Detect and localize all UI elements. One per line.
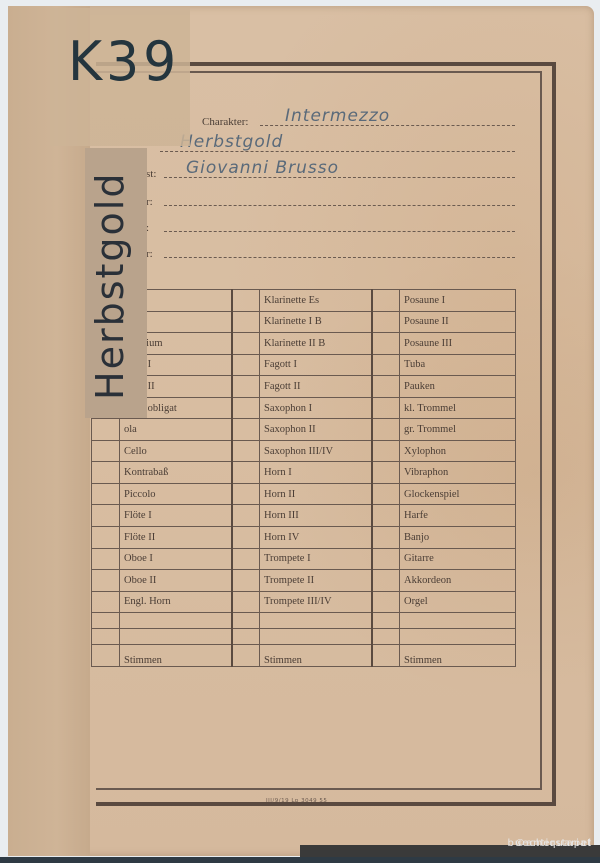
checkbox-cell [372,311,400,333]
handwritten-title: Herbstgold [180,132,283,152]
instrument-label: Kontrabaß [120,462,232,484]
spine-title: Herbstgold [88,140,144,400]
instrument-label: Gitarre [400,548,516,570]
field-blank-3: r: [120,238,515,262]
table-row: PiccoloHorn IIGlockenspiel [92,483,516,505]
instrument-label: Horn I [260,462,372,484]
table-row: CelloSaxophon III/IVXylophon [92,440,516,462]
checkbox-cell [232,527,260,549]
blank-cell [92,628,120,644]
checkbox-cell [92,527,120,549]
checkbox-cell [372,419,400,441]
blank-cell [260,613,372,629]
checkbox-cell [372,570,400,592]
checkbox-cell [232,354,260,376]
stimmen-label: Stimmen [120,644,232,666]
instrument-label: Flöte II [120,527,232,549]
instrument-label: Saxophon III/IV [260,440,372,462]
instrument-label: Akkordeon [400,570,516,592]
checkbox-cell [372,591,400,613]
checkbox-cell [372,397,400,419]
table-row: KontrabaßHorn IVibraphon [92,462,516,484]
checkbox-cell [232,333,260,355]
checkbox-cell [372,527,400,549]
checkbox-cell [372,462,400,484]
instrument-label: Pauken [400,376,516,398]
checkbox-cell [92,591,120,613]
field-blank-1: r: [120,186,515,210]
instrument-label: Oboe I [120,548,232,570]
table-row: oline obligatSaxophon Ikl. Trommel [92,397,516,419]
blank-cell [92,613,120,629]
checkbox-cell [232,419,260,441]
checkbox-cell [372,376,400,398]
checkbox-cell [92,570,120,592]
blank-cell [400,613,516,629]
catalog-number: K39 [68,31,180,94]
table-row: Flöte IIHorn IVBanjo [92,527,516,549]
instrument-label: Oboe II [120,570,232,592]
blank-cell [372,628,400,644]
table-row: oline IFagott ITuba [92,354,516,376]
instrument-label: Klarinette I B [260,311,372,333]
instrument-label: Vibraphon [400,462,516,484]
instrument-label: Fagott II [260,376,372,398]
instrument-label: Glockenspiel [400,483,516,505]
checkbox-cell [372,644,400,666]
checkbox-cell [372,483,400,505]
blank-cell [120,628,232,644]
stimmen-label: Stimmen [400,644,516,666]
checkbox-cell [92,440,120,462]
instrument-label: Saxophon II [260,419,372,441]
instrument-label: Posaune I [400,290,516,312]
instrument-label: Flöte I [120,505,232,527]
checkbox-cell [372,354,400,376]
table-row: olaSaxophon IIgr. Trommel [92,419,516,441]
table-row: Engl. HornTrompete III/IVOrgel [92,591,516,613]
instrument-label: kl. Trommel [400,397,516,419]
blank-cell [232,628,260,644]
handwritten-composer: Giovanni Brusso [186,158,339,178]
checkbox-cell [232,397,260,419]
table-row: Oboe ITrompete IGitarre [92,548,516,570]
instrument-label: Orgel [400,591,516,613]
checkbox-cell [372,333,400,355]
checkbox-cell [372,505,400,527]
instrument-label: Trompete II [260,570,372,592]
checkbox-cell [92,483,120,505]
checkbox-cell [372,290,400,312]
instrument-label: Klarinette Es [260,290,372,312]
table-row: Oboe IITrompete IIAkkordeon [92,570,516,592]
blank-cell [400,628,516,644]
instrument-label: Saxophon I [260,397,372,419]
instrument-label: Posaune II [400,311,516,333]
checkbox-cell [232,644,260,666]
checkbox-cell [232,462,260,484]
checkbox-cell [372,548,400,570]
checkbox-cell [232,591,260,613]
checkbox-cell [92,505,120,527]
checkbox-cell [92,644,120,666]
instrument-label: Piccolo [120,483,232,505]
checkbox-cell [232,290,260,312]
table-row: rmoniumKlarinette II BPosaune III [92,333,516,355]
instrument-label: Trompete I [260,548,372,570]
table-row: rtiturKlarinette EsPosaune I [92,290,516,312]
instrument-label: gr. Trommel [400,419,516,441]
blank-cell [372,613,400,629]
table-row: ianoKlarinette I BPosaune II [92,311,516,333]
checkbox-cell [232,570,260,592]
checkbox-cell [232,376,260,398]
instrument-label: Posaune III [400,333,516,355]
checkbox-cell [232,483,260,505]
field-blank-2: : [120,212,515,236]
instrument-label: Horn IV [260,527,372,549]
checkbox-cell [92,419,120,441]
checkbox-cell [232,311,260,333]
footer-row: StimmenStimmenStimmen [92,644,516,666]
field-label: Charakter: [202,116,248,128]
instrument-label: Tuba [400,354,516,376]
blank-cell [120,613,232,629]
instrument-label: Klarinette II B [260,333,372,355]
instrument-label: Horn III [260,505,372,527]
field-komponist: st: Giovanni Brusso [120,158,515,182]
instrument-label: Banjo [400,527,516,549]
instrument-label: ola [120,419,232,441]
instrument-label: Fagott I [260,354,372,376]
checkbox-cell [92,548,120,570]
instrument-parts-table: rtiturKlarinette EsPosaune IianoKlarinet… [91,289,516,667]
handwritten-character: Intermezzo [285,106,390,126]
instrument-label: Cello [120,440,232,462]
checkbox-cell [232,505,260,527]
blank-cell [260,628,372,644]
instrument-label: Engl. Horn [120,591,232,613]
instrument-label: Harfe [400,505,516,527]
checkbox-cell [92,462,120,484]
stimmen-label: Stimmen [260,644,372,666]
table-row: oline IIFagott IIPauken [92,376,516,398]
instrument-label: Xylophon [400,440,516,462]
instrument-label: Trompete III/IV [260,591,372,613]
checkbox-cell [372,440,400,462]
blank-cell [232,613,260,629]
table-row: Flöte IHorn IIIHarfe [92,505,516,527]
instrument-label: Horn II [260,483,372,505]
checkbox-cell [232,440,260,462]
checkbox-cell [232,548,260,570]
printer-mark: III/9/19 Lp 3049 55 [266,798,327,804]
